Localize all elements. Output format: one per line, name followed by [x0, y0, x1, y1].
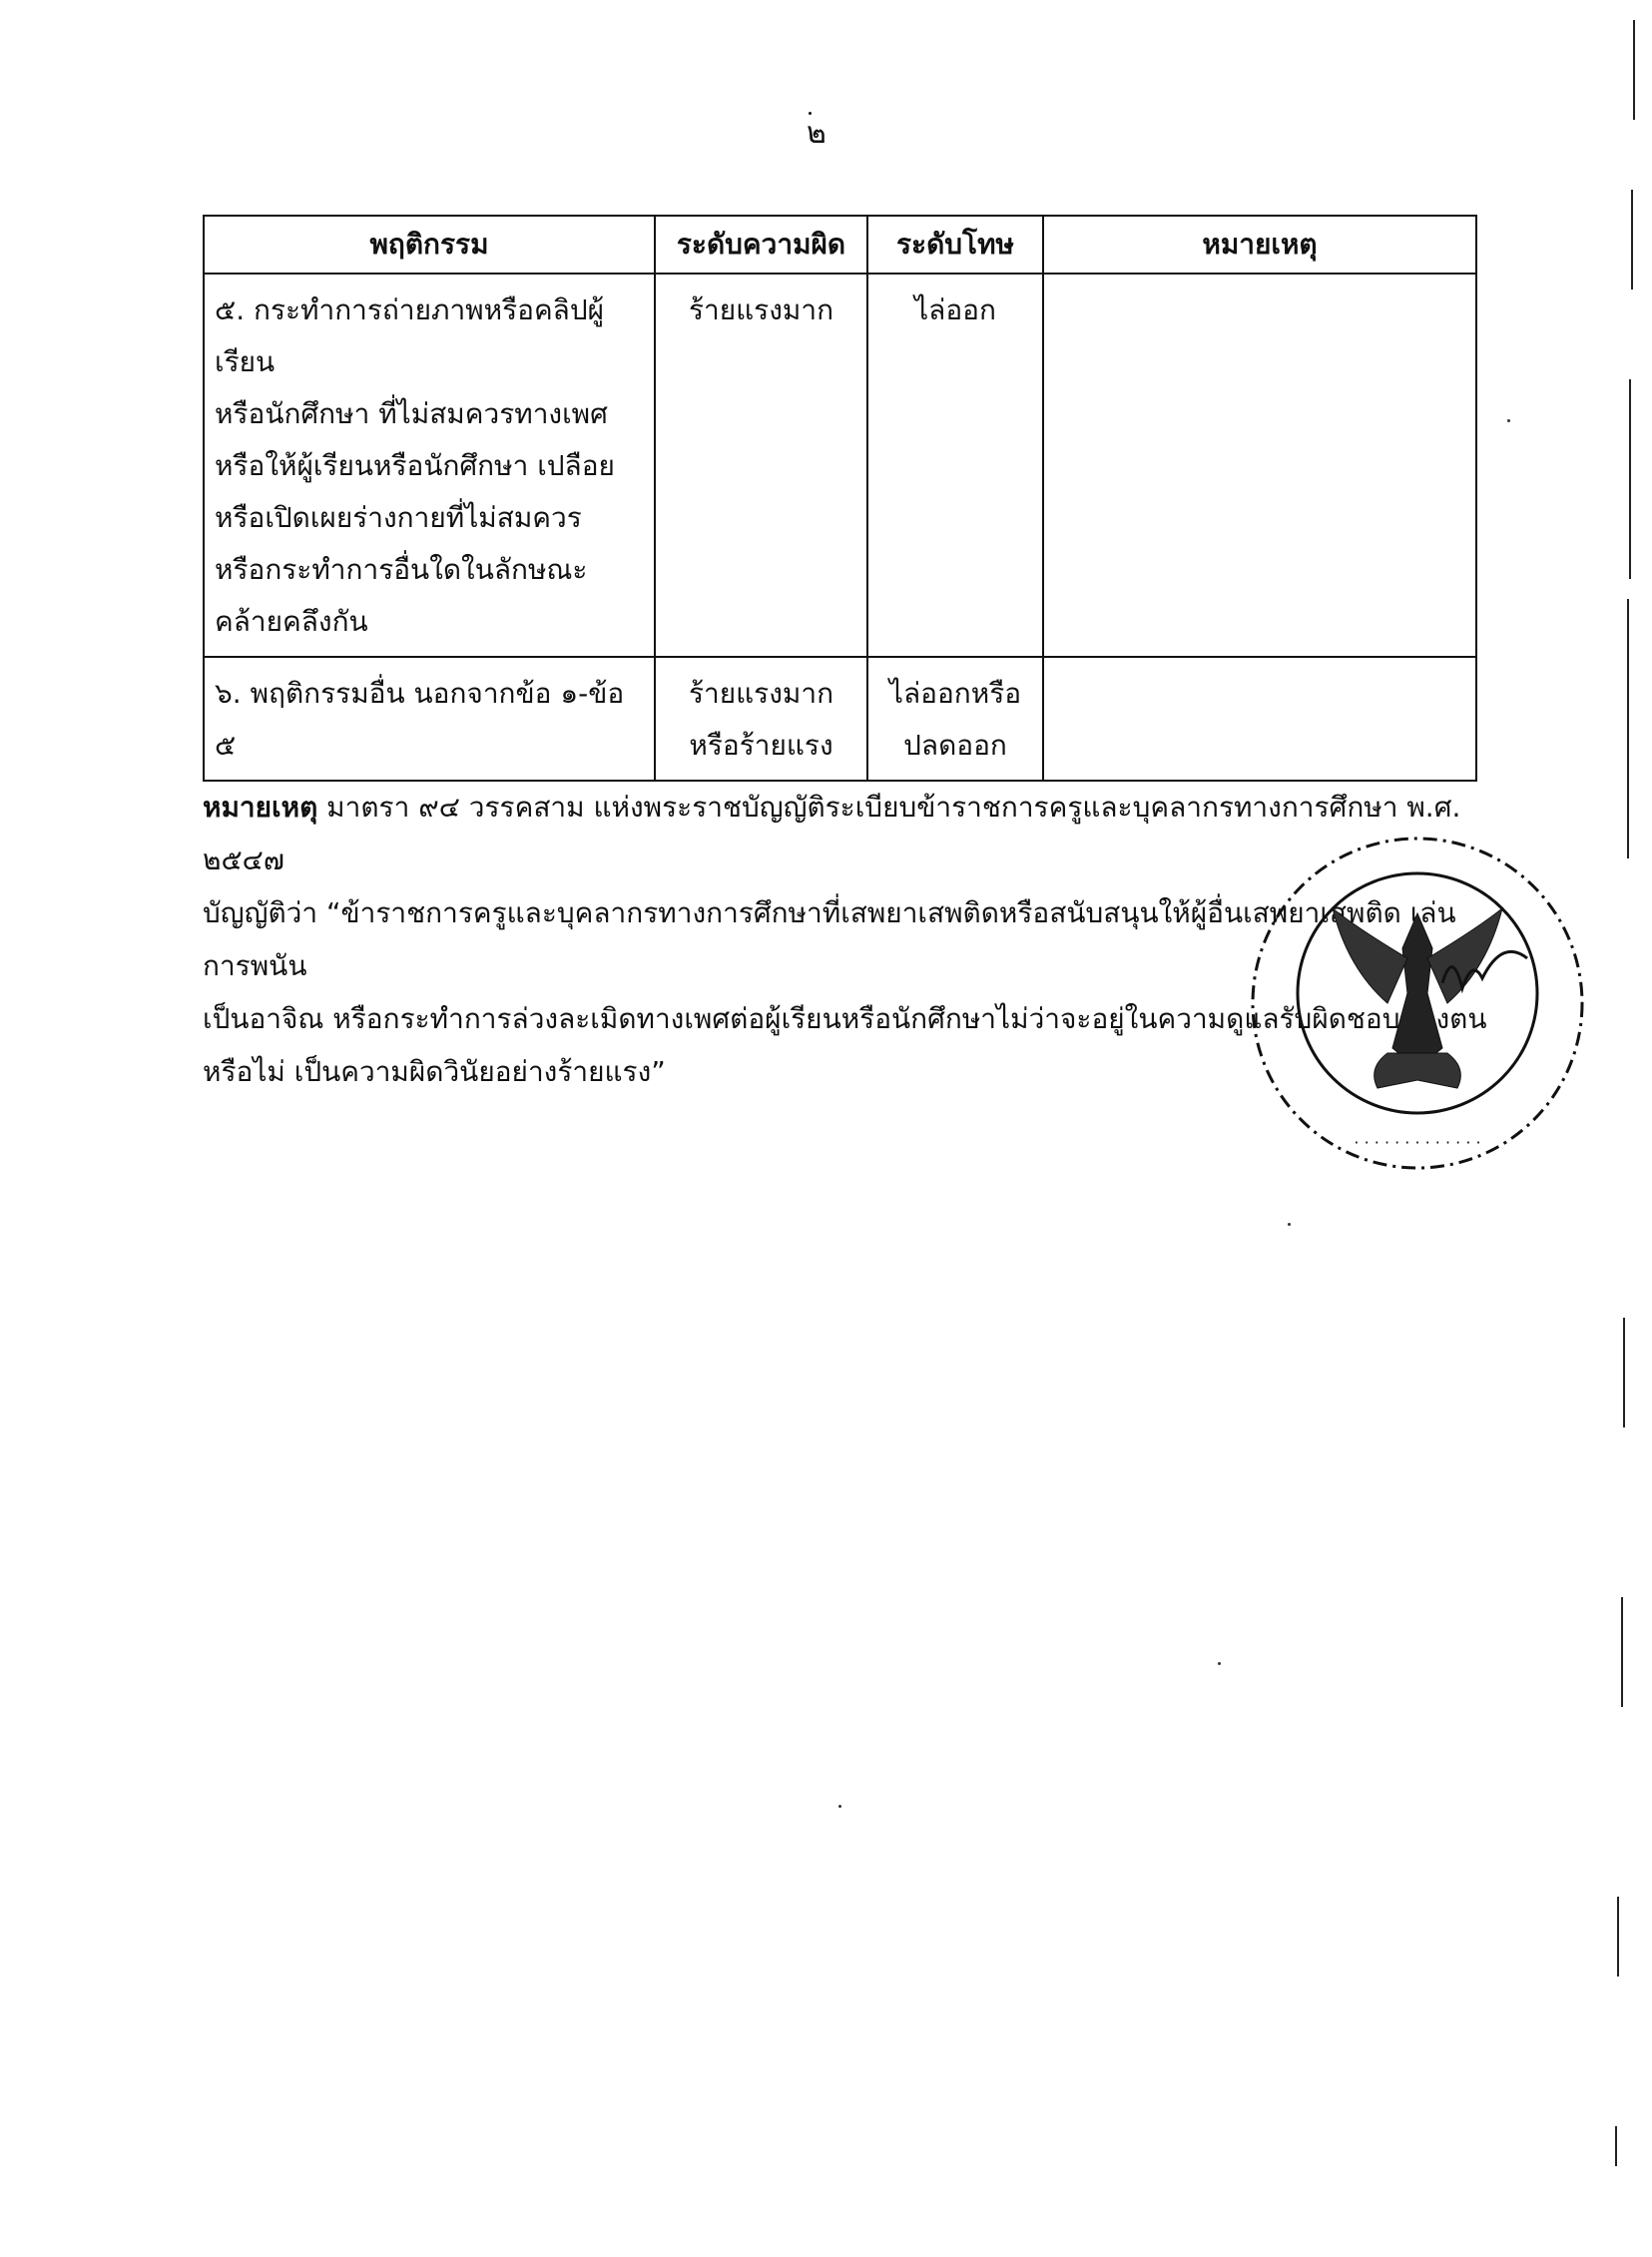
scan-edge-line: [1623, 1318, 1625, 1427]
scan-edge-line: [1627, 599, 1629, 858]
scan-edge-line: [1615, 2126, 1617, 2166]
table-row: ๕. กระทำการถ่ายภาพหรือคลิปผู้เรียน หรือน…: [204, 274, 1476, 657]
header-penalty: ระดับโทษ: [867, 216, 1043, 274]
table-header-row: พฤติกรรม ระดับความผิด ระดับโทษ หมายเหตุ: [204, 216, 1476, 274]
header-severity: ระดับความผิด: [655, 216, 867, 274]
remark-cell: [1043, 274, 1476, 657]
behavior-cell: ๖. พฤติกรรมอื่น นอกจากข้อ ๑-ข้อ ๕: [204, 657, 655, 781]
scan-speck: [1507, 419, 1510, 422]
scan-edge-line: [1621, 1597, 1623, 1707]
seal-text-icon: · · · · · · · · · · · · ·: [1354, 1133, 1480, 1152]
garuda-emblem-seal-icon: · · · · · · · · · · · · ·: [1238, 819, 1597, 1178]
penalty-cell: ไล่ออก: [867, 274, 1043, 657]
header-remark: หมายเหตุ: [1043, 216, 1476, 274]
remark-cell: [1043, 657, 1476, 781]
scan-edge-line: [1631, 190, 1633, 289]
footnote-label: หมายเหตุ: [203, 791, 317, 824]
penalty-cell: ไล่ออกหรือ ปลดออก: [867, 657, 1043, 781]
scan-edge-line: [1629, 379, 1631, 579]
severity-cell: ร้ายแรงมาก: [655, 274, 867, 657]
scan-edge-line: [1633, 20, 1635, 120]
scan-speck: [838, 1805, 841, 1808]
table-row: ๖. พฤติกรรมอื่น นอกจากข้อ ๑-ข้อ ๕ ร้ายแร…: [204, 657, 1476, 781]
page-number: ๒: [807, 110, 826, 157]
disciplinary-table: พฤติกรรม ระดับความผิด ระดับโทษ หมายเหตุ …: [203, 215, 1477, 782]
scan-speck: [1288, 1223, 1291, 1226]
header-behavior: พฤติกรรม: [204, 216, 655, 274]
severity-cell: ร้ายแรงมาก หรือร้ายแรง: [655, 657, 867, 781]
scan-speck: [1218, 1662, 1221, 1665]
behavior-cell: ๕. กระทำการถ่ายภาพหรือคลิปผู้เรียน หรือน…: [204, 274, 655, 657]
scan-edge-line: [1617, 1897, 1619, 1976]
